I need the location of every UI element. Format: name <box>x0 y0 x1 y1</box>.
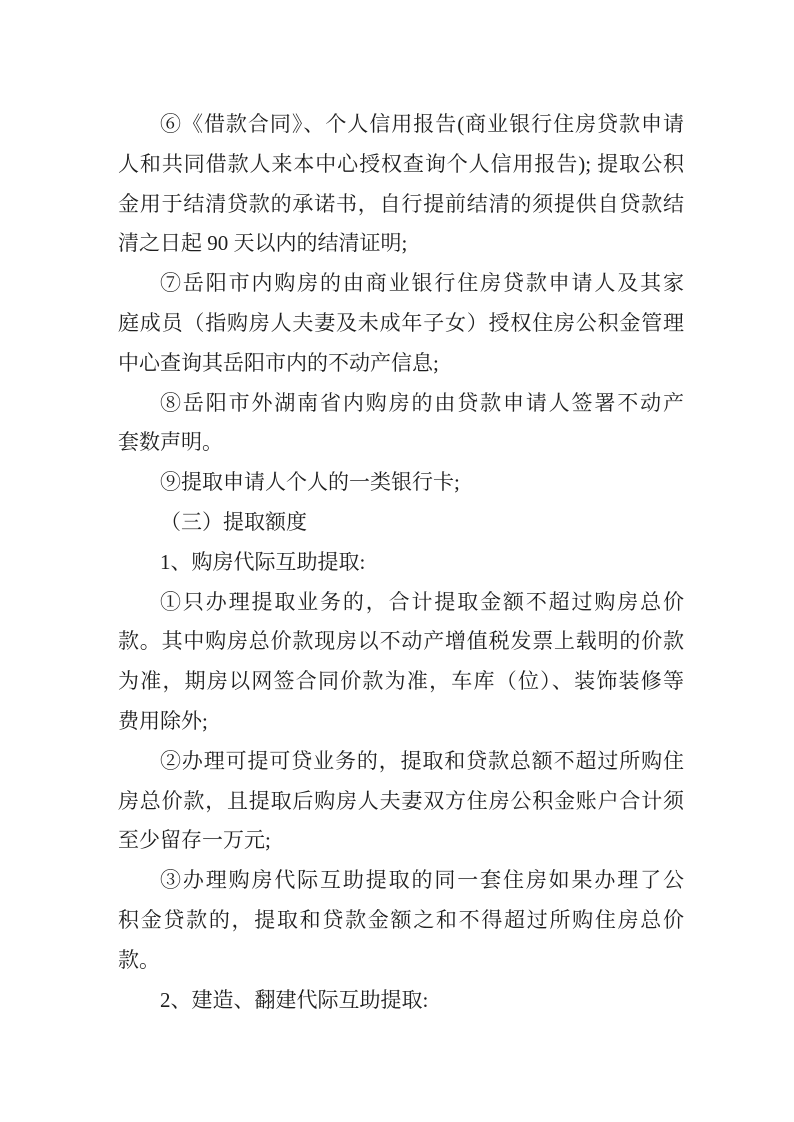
paragraph: 2、建造、翻建代际互助提取: <box>118 981 684 1021</box>
text-line: 费用除外; <box>118 702 684 742</box>
text-line: ③办理购房代际互助提取的同一套住房如果办理了公 <box>118 861 684 901</box>
paragraph: ⑨提取申请人个人的一类银行卡; <box>118 463 684 503</box>
document-body: ⑥《借款合同》、个人信用报告(商业银行住房贷款申请人和共同借款人来本中心授权查询… <box>118 105 684 1020</box>
text-line: 套数声明。 <box>118 423 684 463</box>
text-line: ①只办理提取业务的，合计提取金额不超过购房总价 <box>118 583 684 623</box>
text-line: 房总价款，且提取后购房人夫妻双方住房公积金账户合计须 <box>118 782 684 822</box>
text-line: ⑧岳阳市外湖南省内购房的由贷款申请人签署不动产 <box>118 384 684 424</box>
text-line: ⑨提取申请人个人的一类银行卡; <box>118 463 684 503</box>
document-page: ⑥《借款合同》、个人信用报告(商业银行住房贷款申请人和共同借款人来本中心授权查询… <box>0 0 794 1122</box>
paragraph: ⑧岳阳市外湖南省内购房的由贷款申请人签署不动产套数声明。 <box>118 384 684 464</box>
text-line: 1、购房代际互助提取: <box>118 543 684 583</box>
text-line: 中心查询其岳阳市内的不动产信息; <box>118 344 684 384</box>
paragraph: 1、购房代际互助提取: <box>118 543 684 583</box>
paragraph: ③办理购房代际互助提取的同一套住房如果办理了公积金贷款的，提取和贷款金额之和不得… <box>118 861 684 980</box>
text-line: 款。 <box>118 941 684 981</box>
text-line: 清之日起 90 天以内的结清证明; <box>118 224 684 264</box>
text-line: 积金贷款的，提取和贷款金额之和不得超过所购住房总价 <box>118 901 684 941</box>
text-line: 款。其中购房总价款现房以不动产增值税发票上载明的价款 <box>118 622 684 662</box>
text-line: 金用于结清贷款的承诺书，自行提前结清的须提供自贷款结 <box>118 185 684 225</box>
text-line: 为准，期房以网签合同价款为准，车库（位）、装饰装修等 <box>118 662 684 702</box>
text-line: ⑥《借款合同》、个人信用报告(商业银行住房贷款申请 <box>118 105 684 145</box>
paragraph: （三）提取额度 <box>118 503 684 543</box>
paragraph: ①只办理提取业务的，合计提取金额不超过购房总价款。其中购房总价款现房以不动产增值… <box>118 583 684 742</box>
text-line: ②办理可提可贷业务的，提取和贷款总额不超过所购住 <box>118 742 684 782</box>
text-line: ⑦岳阳市内购房的由商业银行住房贷款申请人及其家 <box>118 264 684 304</box>
text-line: 至少留存一万元; <box>118 821 684 861</box>
text-line: 2、建造、翻建代际互助提取: <box>118 981 684 1021</box>
paragraph: ⑦岳阳市内购房的由商业银行住房贷款申请人及其家庭成员（指购房人夫妻及未成年子女）… <box>118 264 684 383</box>
text-line: 庭成员（指购房人夫妻及未成年子女）授权住房公积金管理 <box>118 304 684 344</box>
text-line: 人和共同借款人来本中心授权查询个人信用报告); 提取公积 <box>118 145 684 185</box>
text-line: （三）提取额度 <box>118 503 684 543</box>
paragraph: ②办理可提可贷业务的，提取和贷款总额不超过所购住房总价款，且提取后购房人夫妻双方… <box>118 742 684 861</box>
paragraph: ⑥《借款合同》、个人信用报告(商业银行住房贷款申请人和共同借款人来本中心授权查询… <box>118 105 684 264</box>
